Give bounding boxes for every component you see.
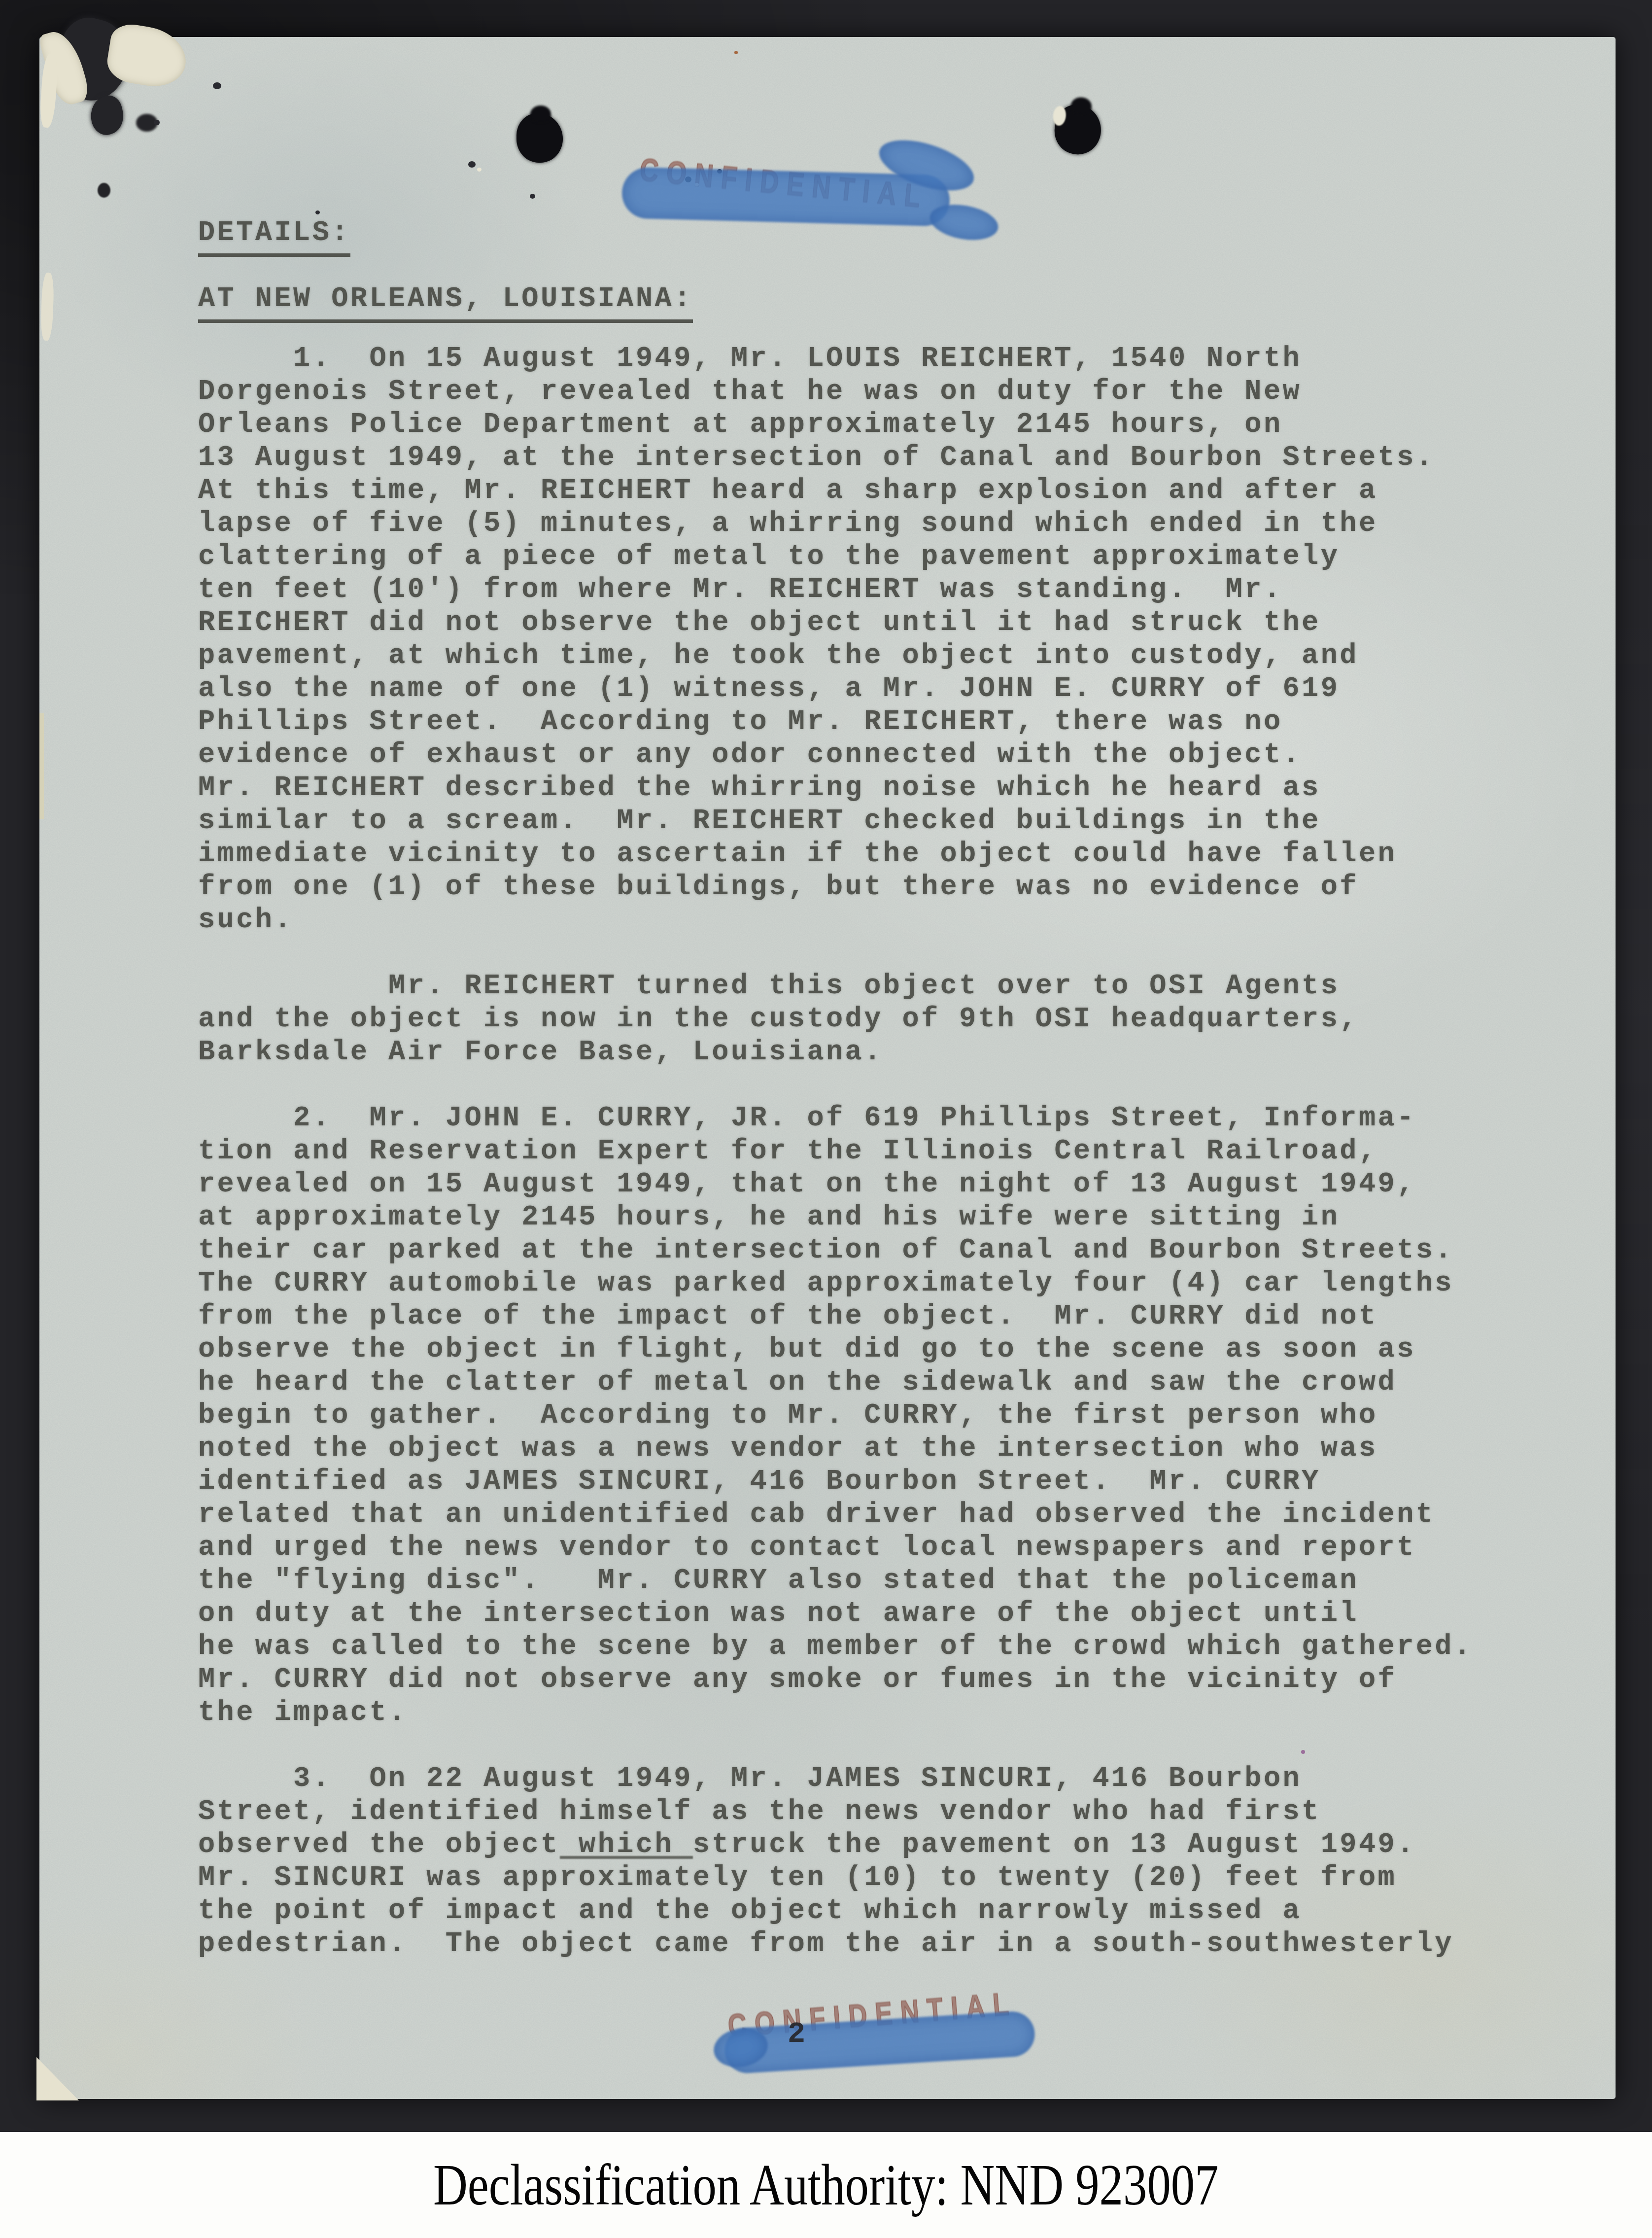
paper-sheet: CONFIDENTIAL DETAILS: AT NEW ORLEANS, LO… bbox=[39, 37, 1616, 2099]
pinhole-speck bbox=[468, 161, 476, 168]
ink-speck bbox=[1301, 1750, 1305, 1754]
himself-underline bbox=[560, 1856, 693, 1859]
ink-speck bbox=[734, 51, 738, 54]
paper-edge-highlight bbox=[39, 713, 44, 819]
location-heading: AT NEW ORLEANS, LOUISIANA: bbox=[198, 283, 693, 316]
paragraph-reichert-osi: Mr. REICHERT turned this object over to … bbox=[198, 970, 1359, 1069]
paper-fleck bbox=[477, 168, 482, 172]
pinhole-speck bbox=[154, 120, 160, 125]
punch-hole-left bbox=[516, 113, 563, 163]
paragraph-1: 1. On 15 August 1949, Mr. LOUIS REICHERT… bbox=[198, 343, 1435, 937]
paragraph-3: 3. On 22 August 1949, Mr. JAMES SINCURI,… bbox=[198, 1763, 1454, 1961]
torn-bottom-corner bbox=[36, 2057, 79, 2100]
torn-paper-fragment bbox=[40, 273, 55, 341]
pinhole-speck bbox=[530, 194, 535, 199]
scanned-document-page: CONFIDENTIAL DETAILS: AT NEW ORLEANS, LO… bbox=[0, 0, 1652, 2238]
details-heading: DETAILS: bbox=[198, 217, 350, 250]
paragraph-2: 2. Mr. JOHN E. CURRY, JR. of 619 Phillip… bbox=[198, 1102, 1473, 1730]
pinhole-speck bbox=[315, 210, 320, 214]
pinhole-speck bbox=[213, 82, 221, 89]
declassification-strip: Declassification Authority: NND 923007 bbox=[0, 2132, 1652, 2238]
punch-hole-right bbox=[1052, 103, 1103, 156]
declassification-authority-text: Declassification Authority: NND 923007 bbox=[433, 2152, 1219, 2219]
torn-hole-fragment bbox=[98, 183, 110, 198]
page-number: 2 bbox=[788, 2018, 805, 2051]
torn-paper-fragment bbox=[39, 53, 59, 128]
